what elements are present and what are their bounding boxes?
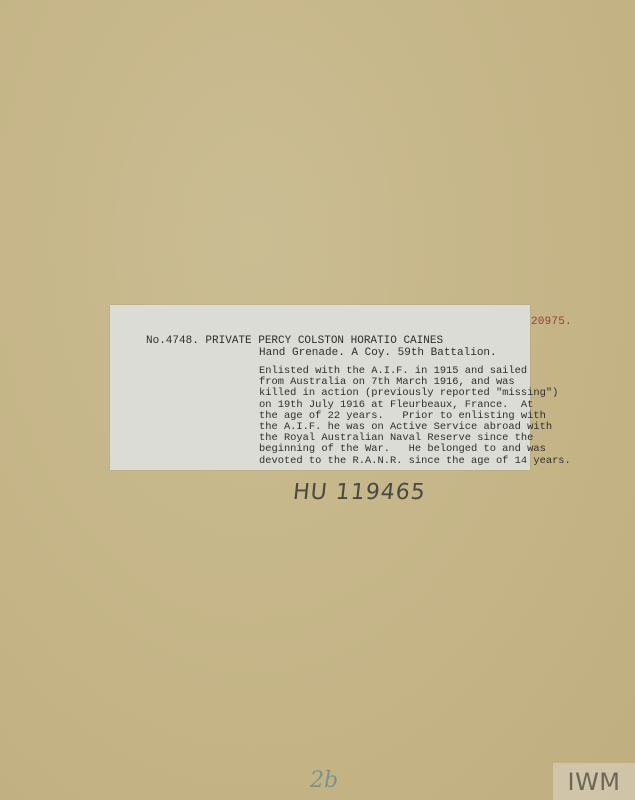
pencil-mark: 2b xyxy=(310,768,338,793)
typed-caption-label: 20975. No.4748. PRIVATE PERCY COLSTON HO… xyxy=(110,305,530,470)
body-line: beginning of the War. He belonged to and… xyxy=(259,444,571,455)
caption-heading: No.4748. PRIVATE PERCY COLSTON HORATIO C… xyxy=(146,335,443,347)
caption-subheading: Hand Grenade. A Coy. 59th Battalion. xyxy=(259,347,497,359)
reference-number: 20975. xyxy=(531,316,572,328)
watermark-text: IWM xyxy=(567,768,620,796)
handwritten-catalogue-number: HU 119465 xyxy=(292,480,427,505)
body-line: devoted to the R.A.N.R. since the age of… xyxy=(259,456,571,467)
caption-body: Enlisted with the A.I.F. in 1915 and sai… xyxy=(259,366,571,467)
body-line: killed in action (previously reported "m… xyxy=(259,388,571,399)
iwm-watermark-logo: IWM xyxy=(553,763,635,800)
